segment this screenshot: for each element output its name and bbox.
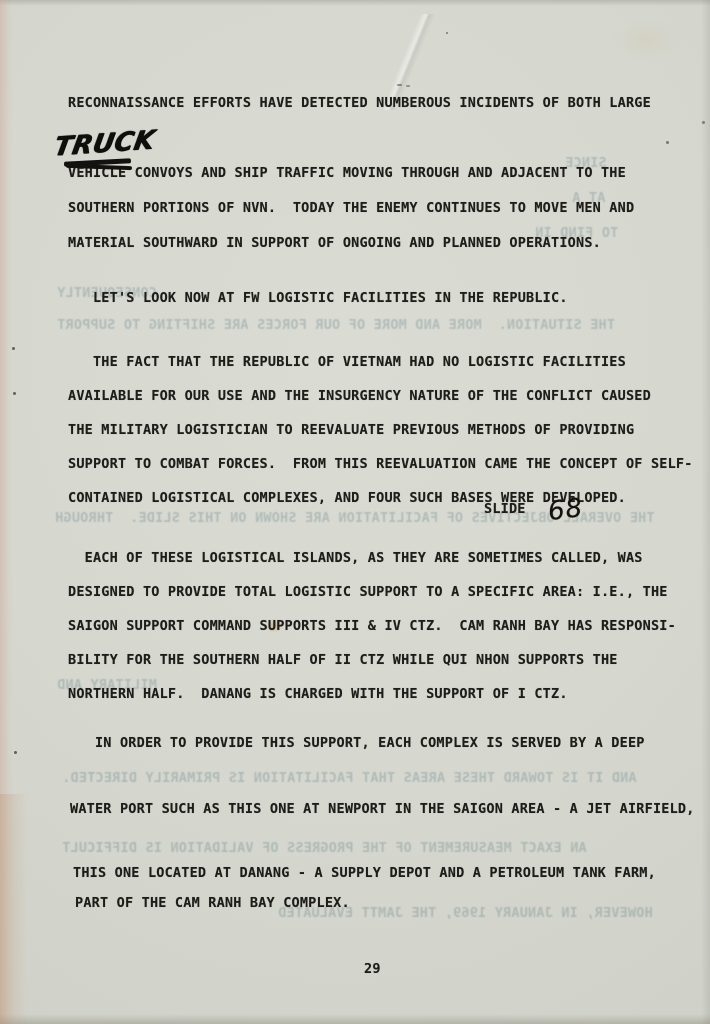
typed-line: AVAILABLE FOR OUR USE AND THE INSURGENCY… [68,379,693,413]
paper-speck [12,347,15,350]
paper-speck [14,751,17,754]
handwritten-slide-number: 68 [547,495,585,525]
typed-line: PART OF THE CAM RANH BAY COMPLEX. [75,895,350,911]
paragraph-5-line-2: WATER PORT SUCH AS THIS ONE AT NEWPORT I… [70,801,695,817]
paragraph-5-line-3: THIS ONE LOCATED AT DANANG - A SUPPLY DE… [73,865,656,881]
page-number: 29 [364,961,381,977]
slide-label: SLIDE [484,501,526,517]
paper-speck [666,141,669,144]
paper-corner-tint [0,794,28,1024]
paper-edge-shadow-right [701,0,710,1024]
typed-line: IN ORDER TO PROVIDE THIS SUPPORT, EACH C… [70,735,645,751]
paper-speck [13,392,16,395]
typed-line: THIS ONE LOCATED AT DANANG - A SUPPLY DE… [73,865,656,881]
paper-speck [446,32,448,34]
typed-line: MATERIAL SOUTHWARD IN SUPPORT OF ONGOING… [68,226,634,261]
typed-line: DESIGNED TO PROVIDE TOTAL LOGISTIC SUPPO… [68,575,676,609]
page-number-text: 29 [364,961,381,977]
paper-edge-shadow-bottom [0,1014,710,1024]
bleedthrough-line: THE SITUATION. MORE AND MORE OF OUR FORC… [57,318,615,332]
paragraph-1-opening: RECONNAISSANCE EFFORTS HAVE DETECTED NUM… [68,86,651,121]
typed-line-rest: CONVOYS AND SHIP TRAFFIC MOVING THROUGH … [126,165,626,181]
slide-cue: SLIDE [484,501,526,517]
bleedthrough-line: AND IT IS TOWARD THESE AREAS THAT FACILI… [62,771,637,785]
typed-line: WATER PORT SUCH AS THIS ONE AT NEWPORT I… [70,801,695,817]
paragraph-4: EACH OF THESE LOGISTICAL ISLANDS, AS THE… [68,541,676,711]
typed-line: THE FACT THAT THE REPUBLIC OF VIETNAM HA… [68,345,693,379]
paper-speck [702,121,705,124]
paragraph-2: LET'S LOOK NOW AT FW LOGISTIC FACILITIES… [68,281,568,316]
typed-line: SAIGON SUPPORT COMMAND SUPPORTS III & IV… [68,609,676,643]
paragraph-5-line-1: IN ORDER TO PROVIDE THIS SUPPORT, EACH C… [70,735,645,751]
typed-line: RECONNAISSANCE EFFORTS HAVE DETECTED NUM… [68,86,651,121]
paragraph-5-line-4: PART OF THE CAM RANH BAY COMPLEX. [75,895,350,911]
paper-stain [598,8,694,72]
paper-edge-shadow-top [0,0,710,6]
typed-line: NORTHERN HALF. DANANG IS CHARGED WITH TH… [68,677,676,711]
typed-line: THE MILITARY LOGISTICIAN TO REEVALUATE P… [68,413,693,447]
typed-line-with-strikeout: VEHICLE CONVOYS AND SHIP TRAFFIC MOVING … [68,156,634,191]
typed-line: SUPPORT TO COMBAT FORCES. FROM THIS REEV… [68,447,693,481]
typed-line: SOUTHERN PORTIONS OF NVN. TODAY THE ENEM… [68,191,634,226]
struck-word-text: VEHICLE [68,165,126,181]
struck-word-vehicle: VEHICLE [68,156,126,191]
typed-line: BILITY FOR THE SOUTHERN HALF OF II CTZ W… [68,643,676,677]
typed-line: EACH OF THESE LOGISTICAL ISLANDS, AS THE… [68,541,676,575]
paragraph-1-body: VEHICLE CONVOYS AND SHIP TRAFFIC MOVING … [68,156,634,261]
paragraph-3: THE FACT THAT THE REPUBLIC OF VIETNAM HA… [68,345,693,515]
bleedthrough-line: AN EXACT MEASUREMENT OF THE PROGRESS OF … [62,841,587,855]
scanned-document-page: SINCE AT A TO FIND IN CONSEQUENTLY THE S… [0,0,710,1024]
typed-line: CONTAINED LOGISTICAL COMPLEXES, AND FOUR… [68,481,693,515]
typed-line: LET'S LOOK NOW AT FW LOGISTIC FACILITIES… [68,281,568,316]
